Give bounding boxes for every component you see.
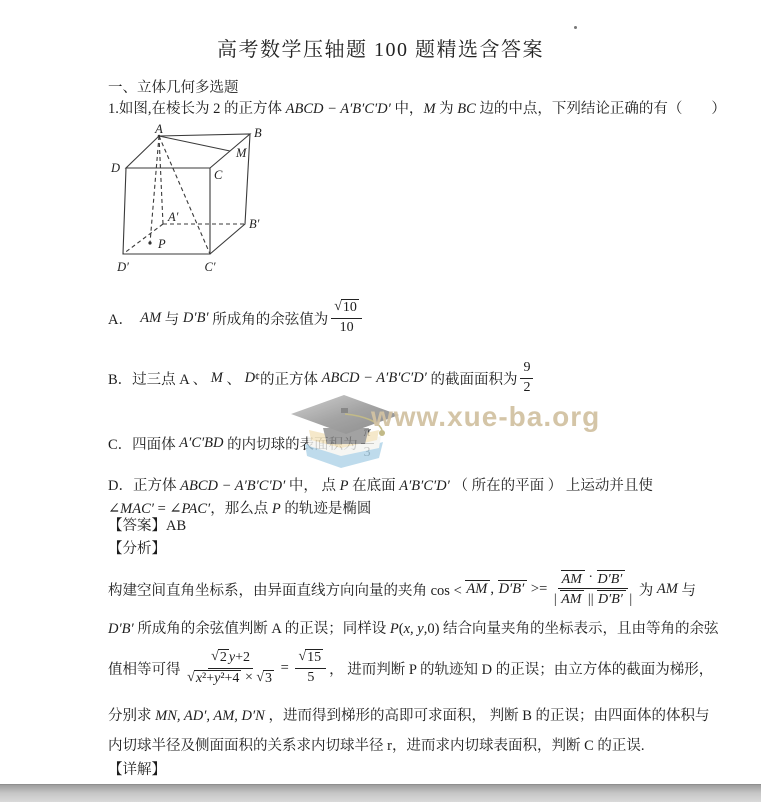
option-d-label: D． bbox=[108, 478, 133, 494]
fraction-9-over-2: 9 2 bbox=[520, 360, 533, 396]
label-B1: B′ bbox=[249, 217, 260, 231]
stem-text: 1.如图,在棱长为 2 的正方体 bbox=[108, 101, 286, 117]
vector-cos-fraction: AM · D′B′ | AM || D′B′ | bbox=[554, 570, 632, 609]
stem-cube-name: ABCD − A′B′C′D′ bbox=[286, 101, 391, 117]
fraction-sqrt10-over-10: √10 10 bbox=[331, 299, 362, 336]
label-M: M bbox=[235, 146, 247, 160]
option-a-label: A． bbox=[108, 308, 133, 329]
label-D1: D′ bbox=[116, 260, 129, 274]
label-A1: A′ bbox=[167, 210, 179, 224]
trajectory-fraction: √2y+2 √x²+y²+4 × √3 bbox=[187, 649, 274, 687]
option-a: A． AM 与 D′B′ 所成角的余弦值为 √10 10 bbox=[108, 292, 365, 344]
option-c: C． 四面体 A′C′BD 的内切球的表面积为 π 3 bbox=[108, 418, 377, 468]
option-c-label: C． bbox=[108, 433, 132, 454]
analysis-heading: 【分析】 bbox=[108, 539, 166, 560]
analysis-line3: 值相等可得 √2y+2 √x²+y²+4 × √3 = √15 5 ， 进而判断… bbox=[108, 640, 713, 696]
label-D: D bbox=[110, 161, 120, 175]
vector-D1B1: D′B′ bbox=[498, 580, 528, 598]
label-B: B bbox=[254, 126, 262, 140]
cube-front-face bbox=[123, 168, 210, 254]
answer-label: 【答案】 bbox=[108, 518, 166, 534]
analysis-line5: 内切球半径及侧面面积的关系求内切球半径 r，进而求内切球表面积，判断 C 的正误… bbox=[108, 736, 645, 757]
answer-line: 【答案】AB bbox=[108, 516, 186, 537]
label-C1: C′ bbox=[204, 260, 215, 274]
watermark-url: www.xue-ba.org bbox=[371, 401, 600, 433]
option-b-label: B． bbox=[108, 368, 132, 389]
cube-figure: A B M D C A′ B′ P D′ C′ bbox=[98, 124, 283, 279]
fraction-sqrt15-over-5: √15 5 bbox=[295, 649, 326, 686]
label-A: A bbox=[154, 124, 163, 136]
analysis-line2: D′B′ 所成角的余弦值判断 A 的正误；同样设 P(x, y,0) 结合向量夹… bbox=[108, 619, 719, 640]
analysis-line4: 分别求 MN, AD′, AM, D′N ，进而得到梯形的高即可求面积， 判断 … bbox=[108, 706, 710, 727]
detail-heading: 【详解】 bbox=[108, 760, 166, 781]
segment-AM bbox=[159, 136, 230, 151]
section-heading: 一、立体几何多选题 bbox=[108, 78, 239, 99]
segment-AP-dashed bbox=[150, 136, 159, 243]
option-b: B． 过三点 A 、 M 、 D ¢ 的正方体 ABCD − A′B′C′D′ … bbox=[108, 353, 536, 403]
document-page: 高考数学压轴题 100 题精选含答案 一、立体几何多选题 1.如图,在棱长为 2… bbox=[0, 0, 761, 802]
fraction-pi-over-3: π 3 bbox=[361, 425, 374, 461]
edge-A1D1-dashed bbox=[123, 224, 163, 254]
page-edge-shadow bbox=[0, 784, 761, 802]
page-title: 高考数学压轴题 100 题精选含答案 bbox=[0, 33, 761, 62]
stray-mark bbox=[574, 26, 577, 29]
label-P: P bbox=[157, 237, 166, 251]
answer-value: AB bbox=[166, 518, 186, 534]
option-d-line1: D．正方体 ABCD − A′B′C′D′ 中， 点 P 在底面 A′B′C′D… bbox=[108, 476, 653, 497]
analysis-line1: 构建空间直角坐标系，由异面直线方向向量的夹角 cos < AM , D′B′ >… bbox=[108, 560, 696, 618]
edge-AA1-dashed bbox=[159, 136, 163, 224]
cube-top-face bbox=[126, 134, 250, 168]
point-P-dot bbox=[148, 241, 151, 244]
segment-AC1-dashed bbox=[159, 136, 210, 254]
vector-AM: AM bbox=[465, 580, 490, 598]
label-C: C bbox=[214, 168, 223, 182]
problem-stem: 1.如图,在棱长为 2 的正方体 ABCD − A′B′C′D′ 中，M 为 B… bbox=[108, 99, 726, 120]
